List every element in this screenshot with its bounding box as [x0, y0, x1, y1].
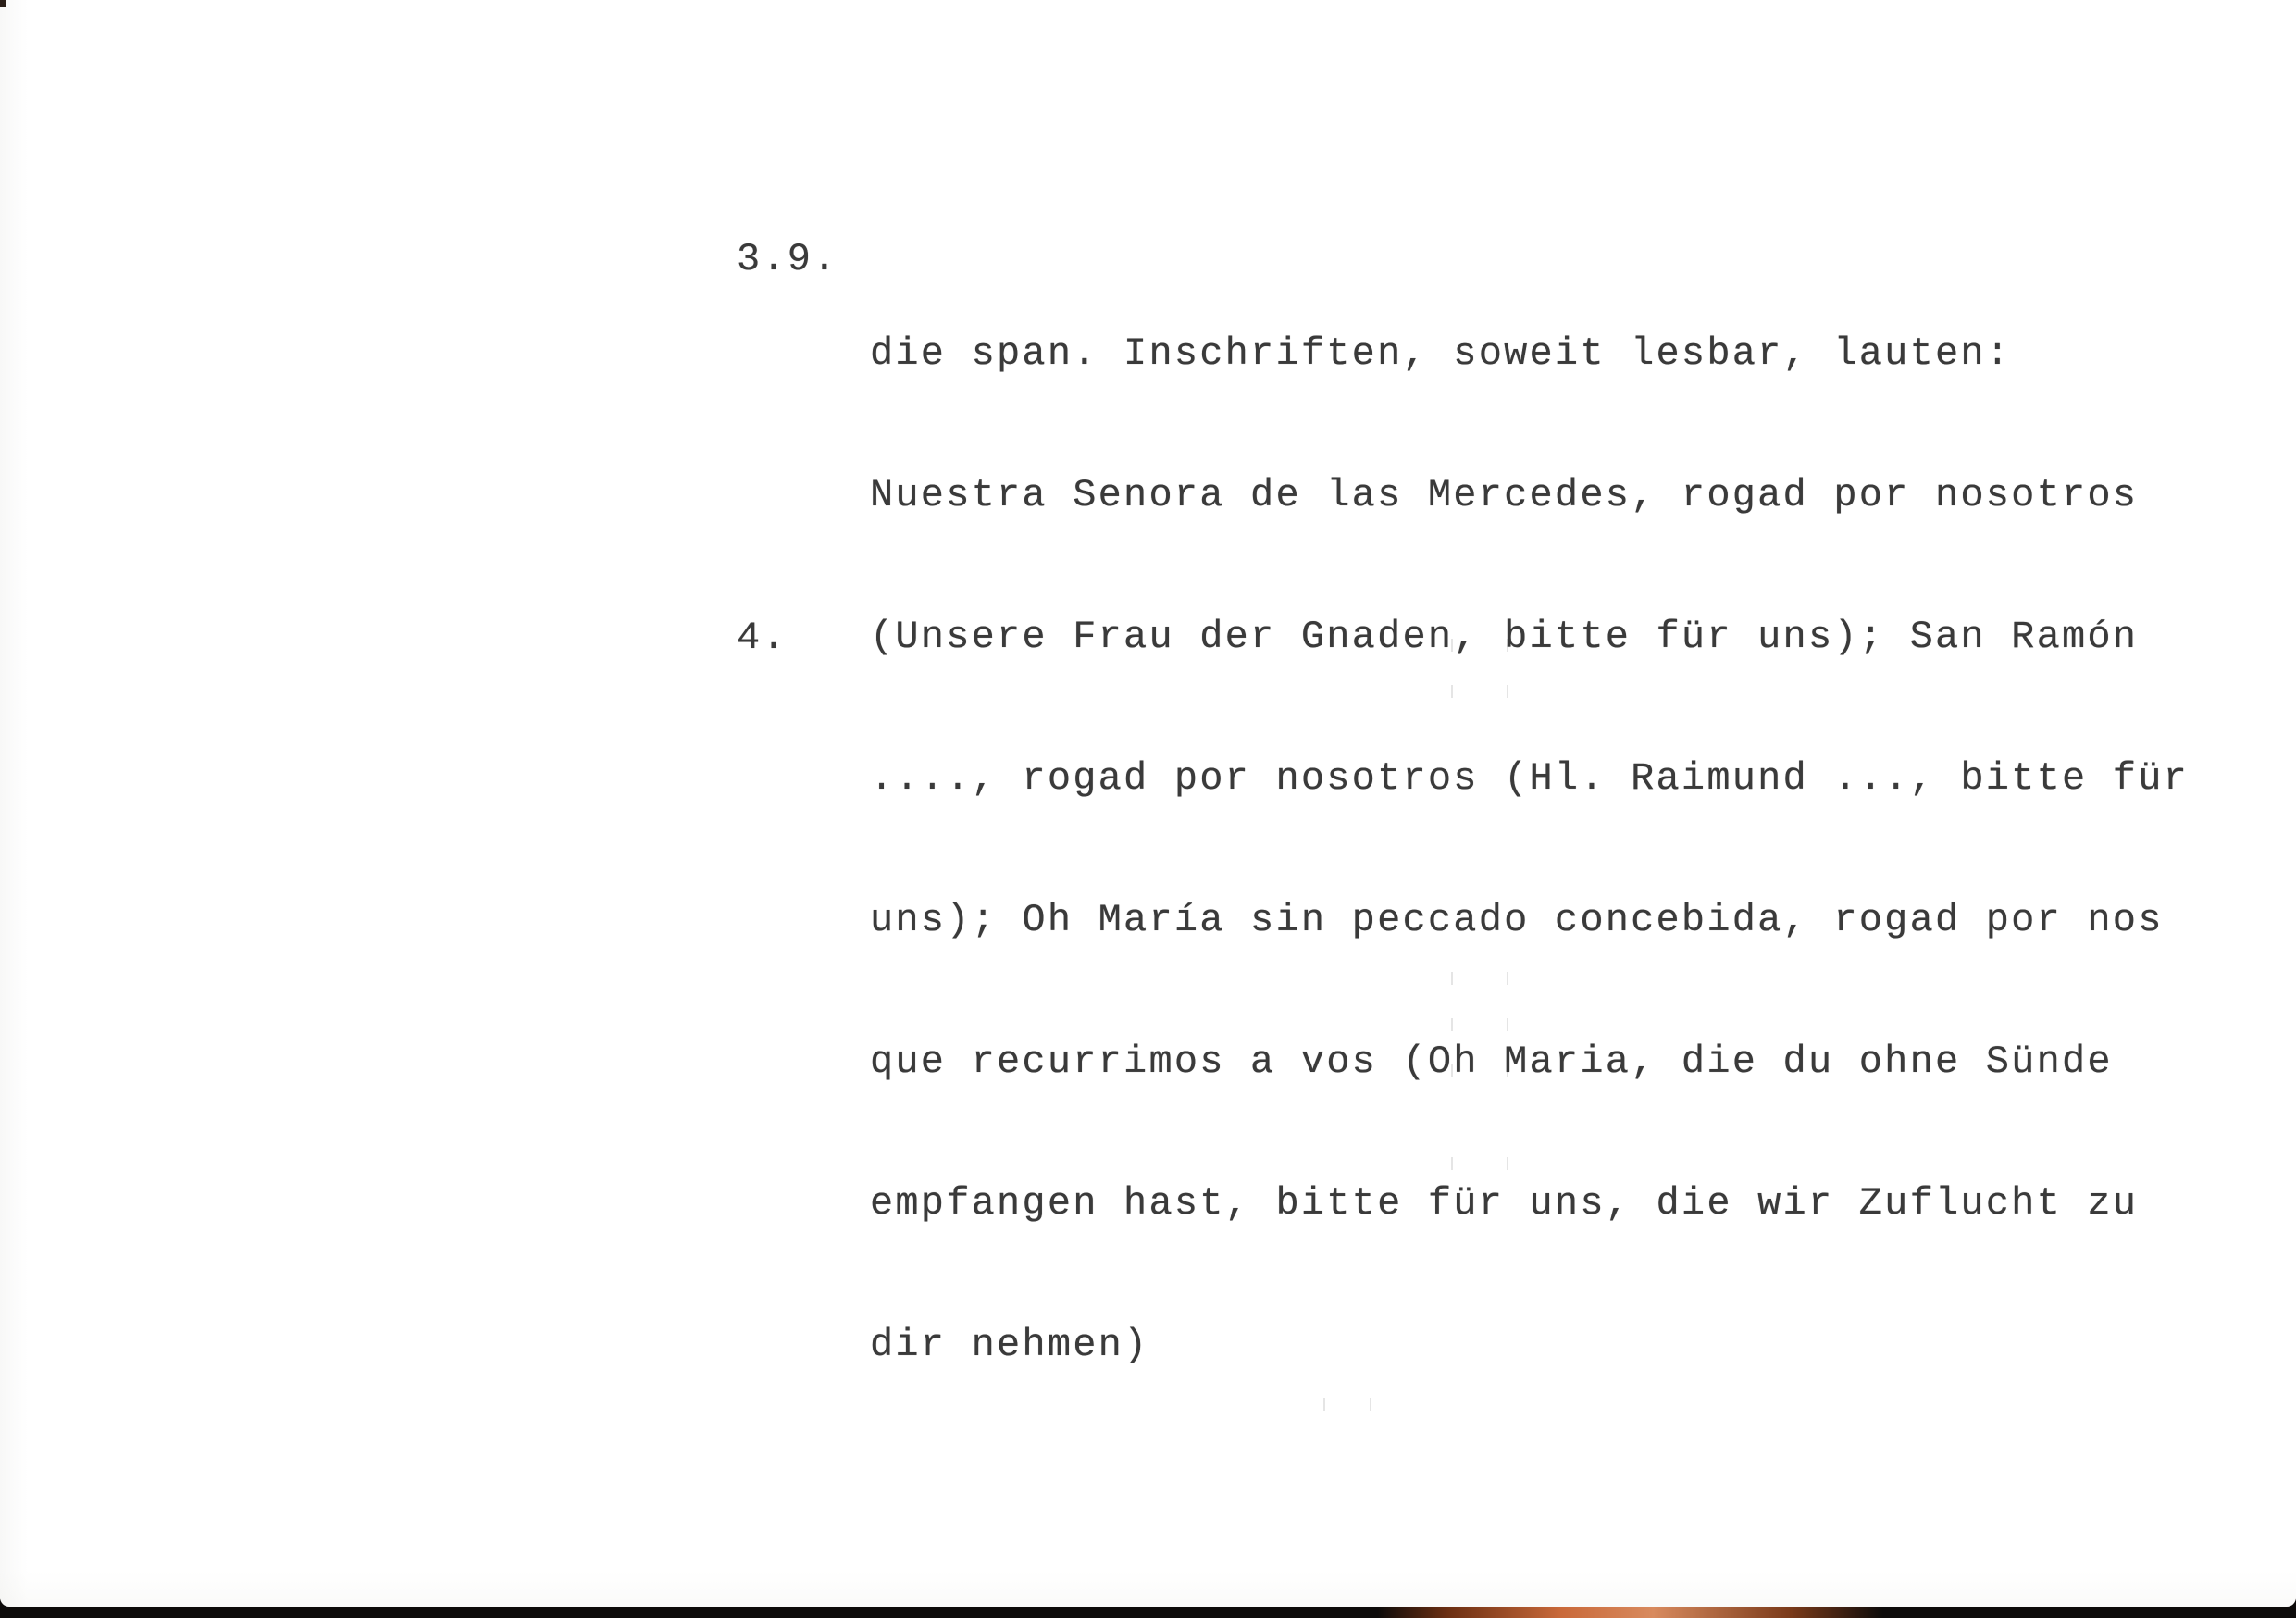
- section-number: 4.: [737, 615, 788, 662]
- background-surface: [0, 1607, 2296, 1618]
- text-line: que recurrimos a vos (Oh Maria, die du o…: [870, 1039, 2189, 1086]
- text-line: empfangen hast, bitte für uns, die wir Z…: [870, 1180, 2189, 1227]
- index-card: 3.9. die span. Inschriften, soweit lesba…: [0, 0, 2296, 1607]
- text-line: uns); Oh María sin peccado concebida, ro…: [870, 897, 2189, 944]
- text-line: dir nehmen): [870, 1322, 2189, 1369]
- text-line: ...., rogad por nosotros (Hl. Raimund ..…: [870, 755, 2189, 803]
- corner-mark: [0, 0, 6, 7]
- text-line: die span. Inschriften, soweit lesbar, la…: [870, 330, 2189, 378]
- text-line: Nuestra Senora de las Mercedes, rogad po…: [870, 472, 2189, 519]
- section-body: die span. Inschriften, soweit lesbar, la…: [870, 236, 2189, 1463]
- text-line: (Unsere Frau der Gnaden, bitte für uns);…: [870, 614, 2189, 661]
- section-number: 3.9.: [737, 236, 838, 283]
